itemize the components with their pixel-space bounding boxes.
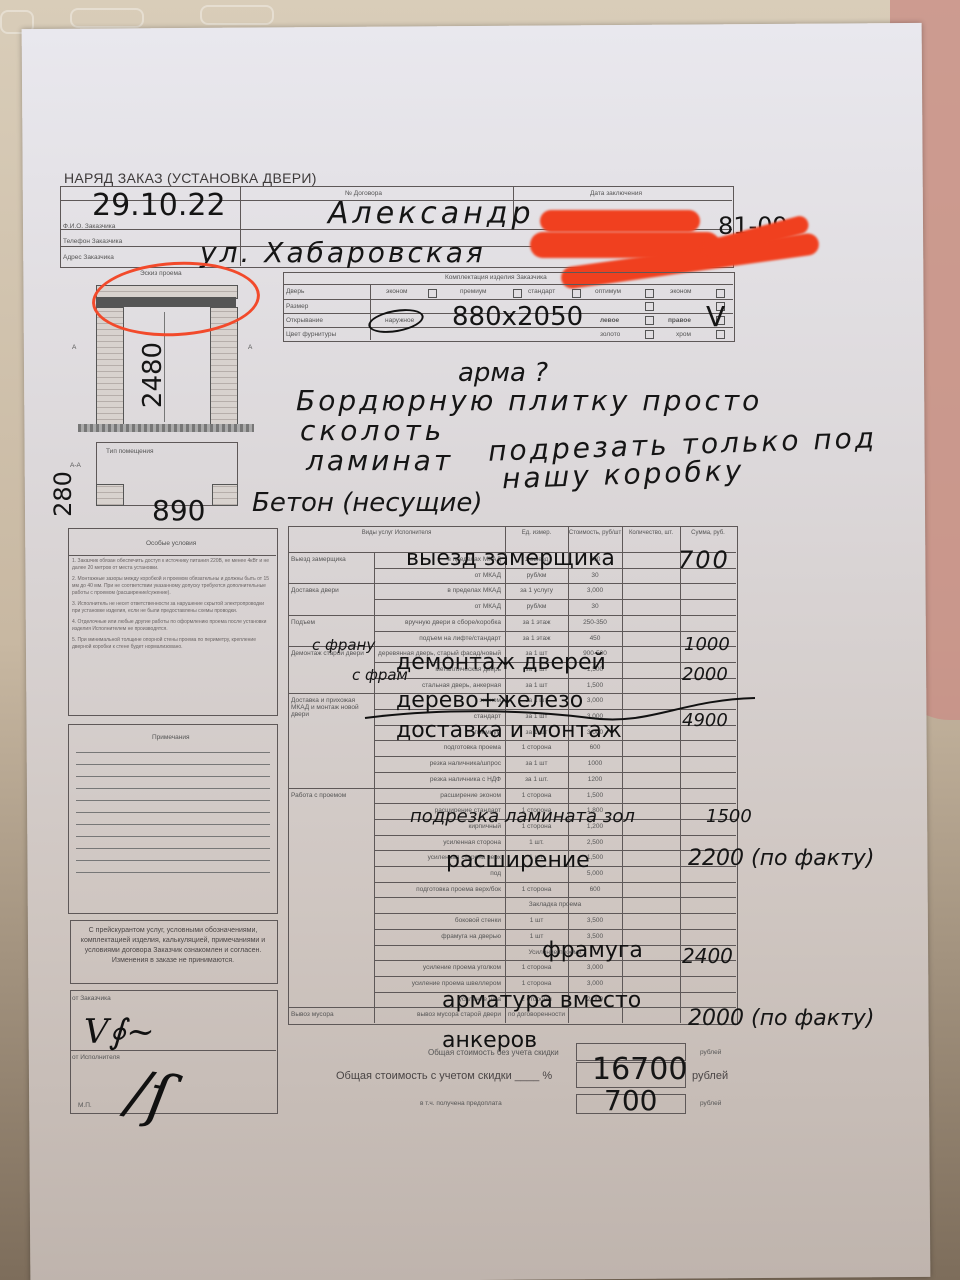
note-line-1: Бордюрную плитку просто [296, 384, 762, 417]
table-item: усиление проема швеллером [374, 980, 501, 987]
color-checkbox[interactable] [645, 330, 654, 339]
note-frame-1: с франу [312, 636, 375, 654]
table-subheader: Закладка проема [374, 901, 736, 908]
remarks-line [76, 824, 270, 825]
total-with-discount-value: 16700 [592, 1052, 687, 1087]
remarks-line [76, 800, 270, 801]
customer-signature-label: от Заказчика [72, 995, 111, 1002]
table-item: расширение эконом [374, 792, 501, 799]
door-option-econom: эконом [386, 288, 408, 295]
kit-row-door: Дверь [286, 288, 304, 295]
divider [374, 803, 736, 804]
table-unit: 1 шт. [505, 839, 568, 846]
divider [374, 599, 736, 600]
note-trim-laminate: подрезка ламината зол [410, 806, 635, 827]
color-option-gold: золото [600, 331, 620, 338]
divider [374, 913, 736, 914]
table-item: резка наличника с НДФ [374, 776, 501, 783]
table-item: от МКАД [374, 572, 501, 579]
handwritten-width: 890 [152, 494, 205, 527]
note-line-3-left: ламинат [306, 444, 453, 477]
color-checkbox[interactable] [716, 330, 725, 339]
table-unit: 1 сторона [505, 964, 568, 971]
handwritten-customer-name: Александр [328, 196, 535, 231]
check-mark: V [706, 300, 725, 333]
table-price: 1000 [568, 760, 622, 767]
remarks-line [76, 812, 270, 813]
divider [374, 772, 736, 773]
table-unit: за 1 шт. [505, 776, 568, 783]
handwritten-size: 880x2050 [452, 302, 583, 332]
note-frame-2: с фрам [352, 666, 408, 684]
floor [78, 424, 254, 432]
condition-5: 5. При минимальной толщине опорной стены… [72, 637, 272, 651]
table-group-label: Доставка двери [291, 587, 371, 594]
note-line-2: сколоть [300, 414, 445, 447]
table-price: 600 [568, 886, 622, 893]
table-group-label: Доставка и прихожая МКАД и монтаж новой … [291, 697, 371, 718]
table-item: усиление проема уголком [374, 964, 501, 971]
table-item: от МКАД [374, 603, 501, 610]
customer-signature: V∮~ [84, 1012, 155, 1052]
table-item: в пределах МКАД [374, 587, 501, 594]
table-item: подготовка проема верх/бок [374, 886, 501, 893]
table-unit: 1 сторона [505, 980, 568, 987]
table-item: усиленная сторона [374, 839, 501, 846]
table-item: вручную двери в сборе/коробка [374, 619, 501, 626]
sum-install: 4900 [682, 710, 728, 731]
table-group-label: Выезд замерщика [291, 556, 371, 563]
table-unit: руб/км [505, 603, 568, 610]
divider [68, 555, 276, 556]
currency-label: рублей [700, 1049, 721, 1056]
prepayment-value: 700 [604, 1084, 657, 1117]
kit-title: Комплектация изделия Заказчика [445, 274, 547, 281]
table-header-cell: Стоимость, руб/шт [568, 530, 622, 536]
table-price: 2,500 [568, 839, 622, 846]
agreement-text: С прейскурантом услуг, условными обознач… [74, 926, 272, 966]
overlay-transom: фрамуга [542, 938, 643, 963]
sum-transom: 2400 [682, 944, 733, 968]
door-option-checkbox[interactable] [645, 289, 654, 298]
signature-box [70, 990, 278, 1114]
arrow-a-left: А [72, 344, 76, 351]
handwritten-address: ул. Хабаровская [200, 236, 486, 269]
door-option-checkbox[interactable] [716, 289, 725, 298]
divider [374, 882, 736, 883]
remarks-line [76, 860, 270, 861]
opening-left-checkbox[interactable] [645, 316, 654, 325]
divider [374, 835, 736, 836]
divider [288, 788, 736, 789]
condition-4: 4. Отделочные или любые другие работы по… [72, 619, 272, 633]
opening-option-right: правое [668, 317, 691, 324]
handwritten-depth: 280 [49, 471, 77, 517]
size-checkbox[interactable] [645, 302, 654, 311]
table-unit: за 1 этаж [505, 635, 568, 642]
currency-label: рублей [692, 1070, 728, 1082]
door-option-optimum: оптимум [595, 288, 621, 295]
table-price: 3,000 [568, 587, 622, 594]
overlay-rebar-1: арматура вместо [442, 988, 641, 1013]
overlay-measurer-visit: выезд замерщика [406, 546, 615, 571]
remarks-line [76, 872, 270, 873]
table-unit: за 1 этаж [505, 619, 568, 626]
divider [288, 583, 736, 584]
table-price: 30 [568, 603, 622, 610]
table-group-label: Подъем [291, 619, 371, 626]
special-conditions-list: 1. Заказчик обязан обеспечить доступ к и… [72, 558, 272, 651]
table-price: 3,500 [568, 917, 622, 924]
sum-trim: 1500 [706, 806, 752, 827]
arrow-a-right: А [248, 344, 252, 351]
sum-demolition-2: 2000 [682, 664, 728, 685]
sum-rebar: 2000 (по факту) [688, 1006, 874, 1031]
table-group-label: Работа с проемом [291, 792, 371, 799]
kit-row-opening: Открывание [286, 317, 323, 324]
room-type-label: Тип помещения [106, 448, 154, 455]
table-price: 3,000 [568, 964, 622, 971]
sum-measure: 700 [678, 546, 730, 574]
door-option-standard: стандарт [528, 288, 555, 295]
divider [283, 284, 733, 285]
sum-expansion: 2200 (по факту) [688, 846, 874, 871]
color-option-chrome: хром [676, 331, 691, 338]
table-item: резка наличника/шпрос [374, 760, 501, 767]
door-option-premium: премиум [460, 288, 487, 295]
background-floor-tile [70, 8, 144, 28]
condition-1: 1. Заказчик обязан обеспечить доступ к и… [72, 558, 272, 572]
divider [374, 976, 736, 977]
form-title: НАРЯД ЗАКАЗ (УСТАНОВКА ДВЕРИ) [64, 170, 317, 186]
customer-address-label: Адрес Заказчика [63, 254, 114, 261]
overlay-expansion: расширение [446, 848, 590, 873]
divider [283, 299, 733, 300]
table-group-label: Вывоз мусора [291, 1011, 371, 1018]
table-unit: руб/км [505, 572, 568, 579]
remarks-line [76, 764, 270, 765]
section-wall-right [212, 484, 238, 506]
section-wall-left [96, 484, 124, 506]
table-price: 30 [568, 572, 622, 579]
contractor-signature-label: от Исполнителя [72, 1054, 120, 1061]
remarks-line [76, 836, 270, 837]
kit-row-size: Размер [286, 303, 308, 310]
section-aa-label: А-А [70, 462, 81, 469]
sum-demolition-1: 1000 [684, 634, 730, 655]
table-header-cell: Количество, шт. [622, 530, 680, 536]
door-option-checkbox[interactable] [572, 289, 581, 298]
table-unit: за 1 шт [505, 760, 568, 767]
divider [370, 284, 371, 340]
handwritten-height: 2480 [138, 342, 168, 408]
table-item: подготовка проема [374, 744, 501, 751]
opening-option-left: левое [600, 317, 619, 324]
table-price: 600 [568, 744, 622, 751]
divider [374, 897, 736, 898]
customer-name-label: Ф.И.О. Заказчика [63, 223, 115, 230]
table-item: подъем на лифте/стандарт [374, 635, 501, 642]
table-header-cell: Ед. измер. [505, 530, 568, 536]
table-item: боковой стенки [374, 917, 501, 924]
kit-row-color: Цвет фурнитуры [286, 331, 336, 338]
divider [374, 929, 736, 930]
door-option-checkbox[interactable] [513, 289, 522, 298]
table-price: 1,500 [568, 792, 622, 799]
table-item: фрамуга на дверью [374, 933, 501, 940]
door-option-econom-2: эконом [670, 288, 692, 295]
table-unit: 1 сторона [505, 886, 568, 893]
prepayment-label: в т.ч. получена предоплата [420, 1100, 502, 1107]
remarks-line [76, 788, 270, 789]
table-price: 450 [568, 635, 622, 642]
divider [288, 615, 736, 616]
contract-date-label: Дата заключения [590, 190, 642, 197]
table-price: 1200 [568, 776, 622, 783]
currency-label: рублей [700, 1100, 721, 1107]
condition-2: 2. Монтажные зазоры между коробкой и про… [72, 576, 272, 597]
table-unit: 1 шт [505, 917, 568, 924]
redaction-mark [540, 210, 700, 232]
total-with-discount-label: Общая стоимость с учетом скидки ____ % [336, 1070, 552, 1082]
handwritten-wall-note: Бетон (несущие) [252, 488, 483, 518]
customer-phone-label: Телефон Заказчика [63, 238, 122, 245]
background-floor-tile [200, 5, 274, 25]
remarks-line [76, 848, 270, 849]
stamp-label: М.П. [78, 1102, 92, 1109]
condition-3: 3. Исполнитель не несет ответственности … [72, 601, 272, 615]
divider [374, 631, 736, 632]
remarks-title: Примечания [152, 734, 190, 741]
remarks-line [76, 776, 270, 777]
remarks-line [76, 752, 270, 753]
table-price: 3,000 [568, 980, 622, 987]
table-header-cell: Виды услуг Исполнителя [288, 530, 505, 536]
table-price: 250-350 [568, 619, 622, 626]
table-unit: за 1 услугу [505, 587, 568, 594]
door-option-checkbox[interactable] [428, 289, 437, 298]
table-header-cell: Сумма, руб. [680, 530, 736, 536]
total-without-discount-label: Общая стоимость без учета скидки [428, 1048, 559, 1057]
table-unit: 1 сторона [505, 792, 568, 799]
divider [374, 756, 736, 757]
special-conditions-title: Особые условия [146, 540, 196, 547]
overlay-door-demolition: демонтаж дверей [396, 650, 606, 675]
handwritten-date: 29.10.22 [92, 188, 226, 223]
table-unit: 1 сторона [505, 744, 568, 751]
